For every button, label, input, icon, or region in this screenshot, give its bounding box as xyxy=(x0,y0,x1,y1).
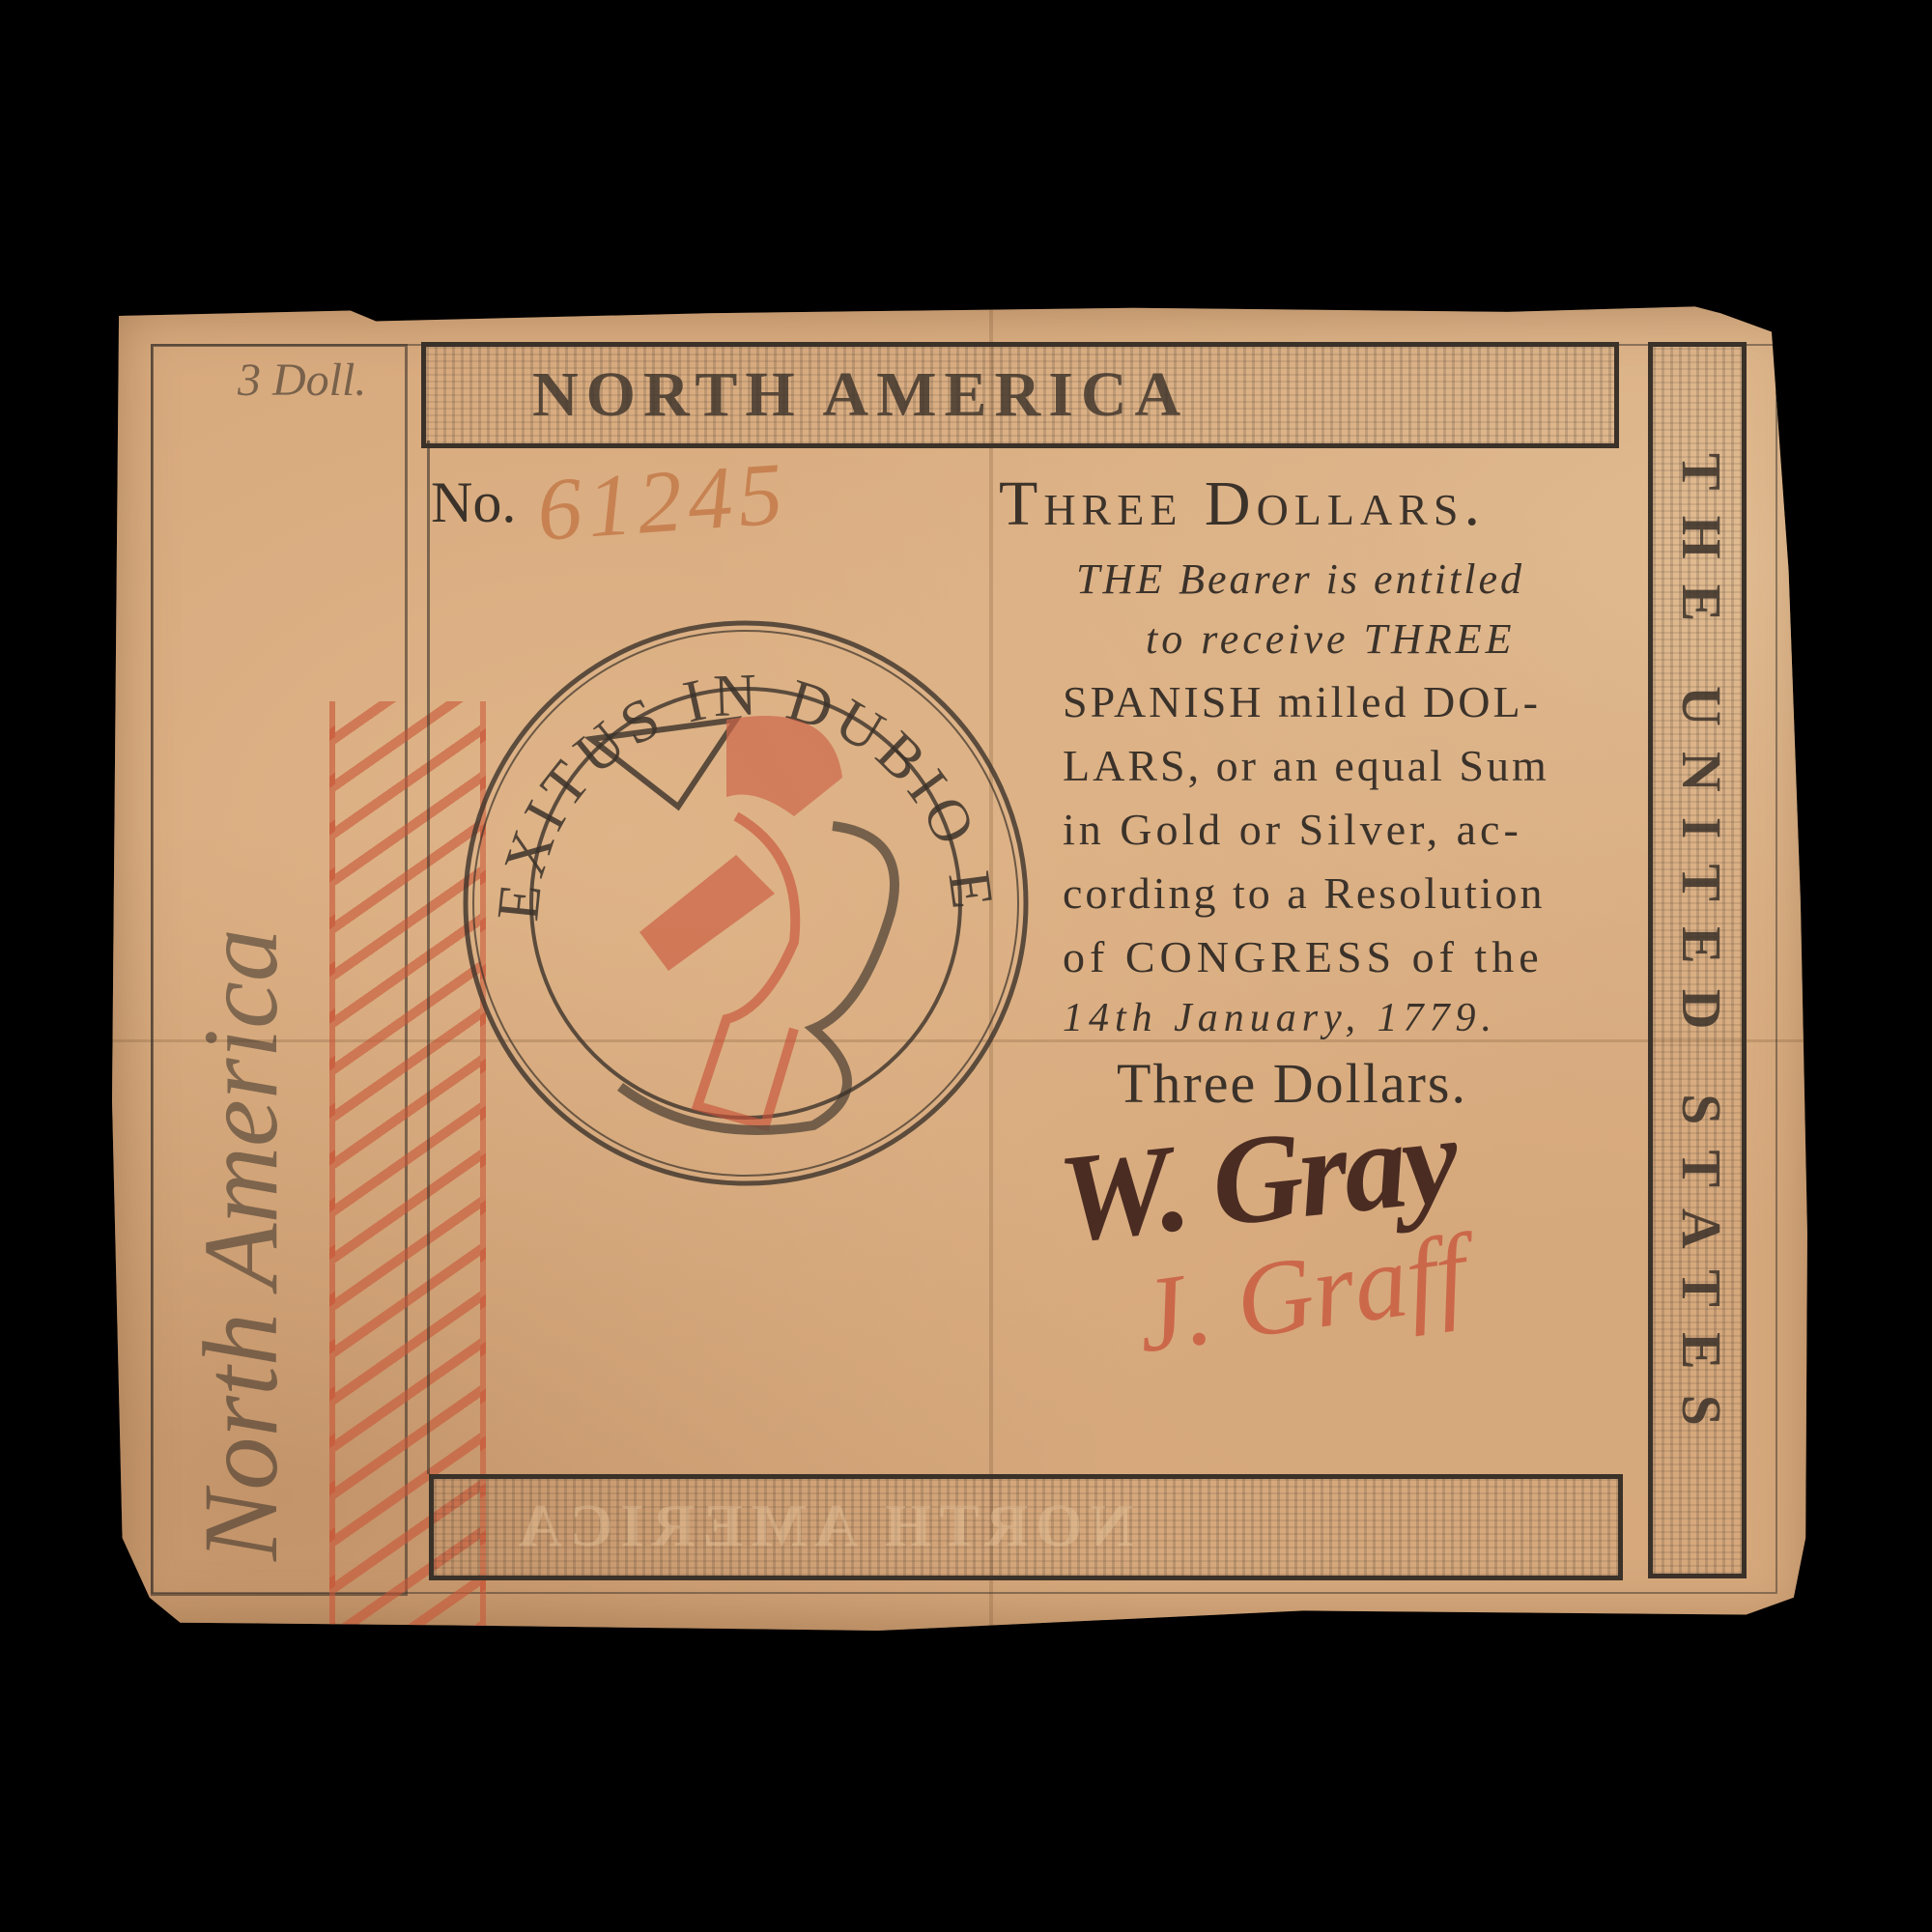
left-border-script: North America xyxy=(180,928,302,1561)
body-line-3: SPANISH milled DOL- xyxy=(1063,676,1541,727)
body-line-1: THE Bearer is entitled xyxy=(1076,554,1524,604)
body-line-2: to receive THREE xyxy=(1146,614,1515,664)
inner-panel-line xyxy=(427,440,430,1474)
body-line-7: of CONGRESS of the xyxy=(1063,931,1544,982)
bottom-band-text: NORTH AMERICA xyxy=(511,1492,1133,1561)
number-label: No. xyxy=(431,469,516,536)
serial-number: 61245 xyxy=(534,441,792,561)
bottom-band: NORTH AMERICA xyxy=(429,1474,1623,1580)
top-band: NORTH AMERICA xyxy=(421,342,1619,448)
body-line-8: 14th January, 1779. xyxy=(1063,995,1497,1041)
top-band-text: NORTH AMERICA xyxy=(532,358,1188,432)
heading-denomination: Three Dollars. xyxy=(999,468,1486,541)
heron-icon xyxy=(591,716,895,1130)
body-line-5: in Gold or Silver, ac- xyxy=(1063,804,1522,855)
right-band: THE UNITED STATES xyxy=(1648,342,1747,1578)
seal: EXITUS IN DUBIO EST. xyxy=(446,604,1045,1203)
left-border-label: 3 Doll. xyxy=(238,354,366,407)
right-band-text: THE UNITED STATES xyxy=(1669,453,1734,1451)
body-line-6: cording to a Resolution xyxy=(1063,867,1546,919)
body-line-4: LARS, or an equal Sum xyxy=(1063,740,1549,791)
